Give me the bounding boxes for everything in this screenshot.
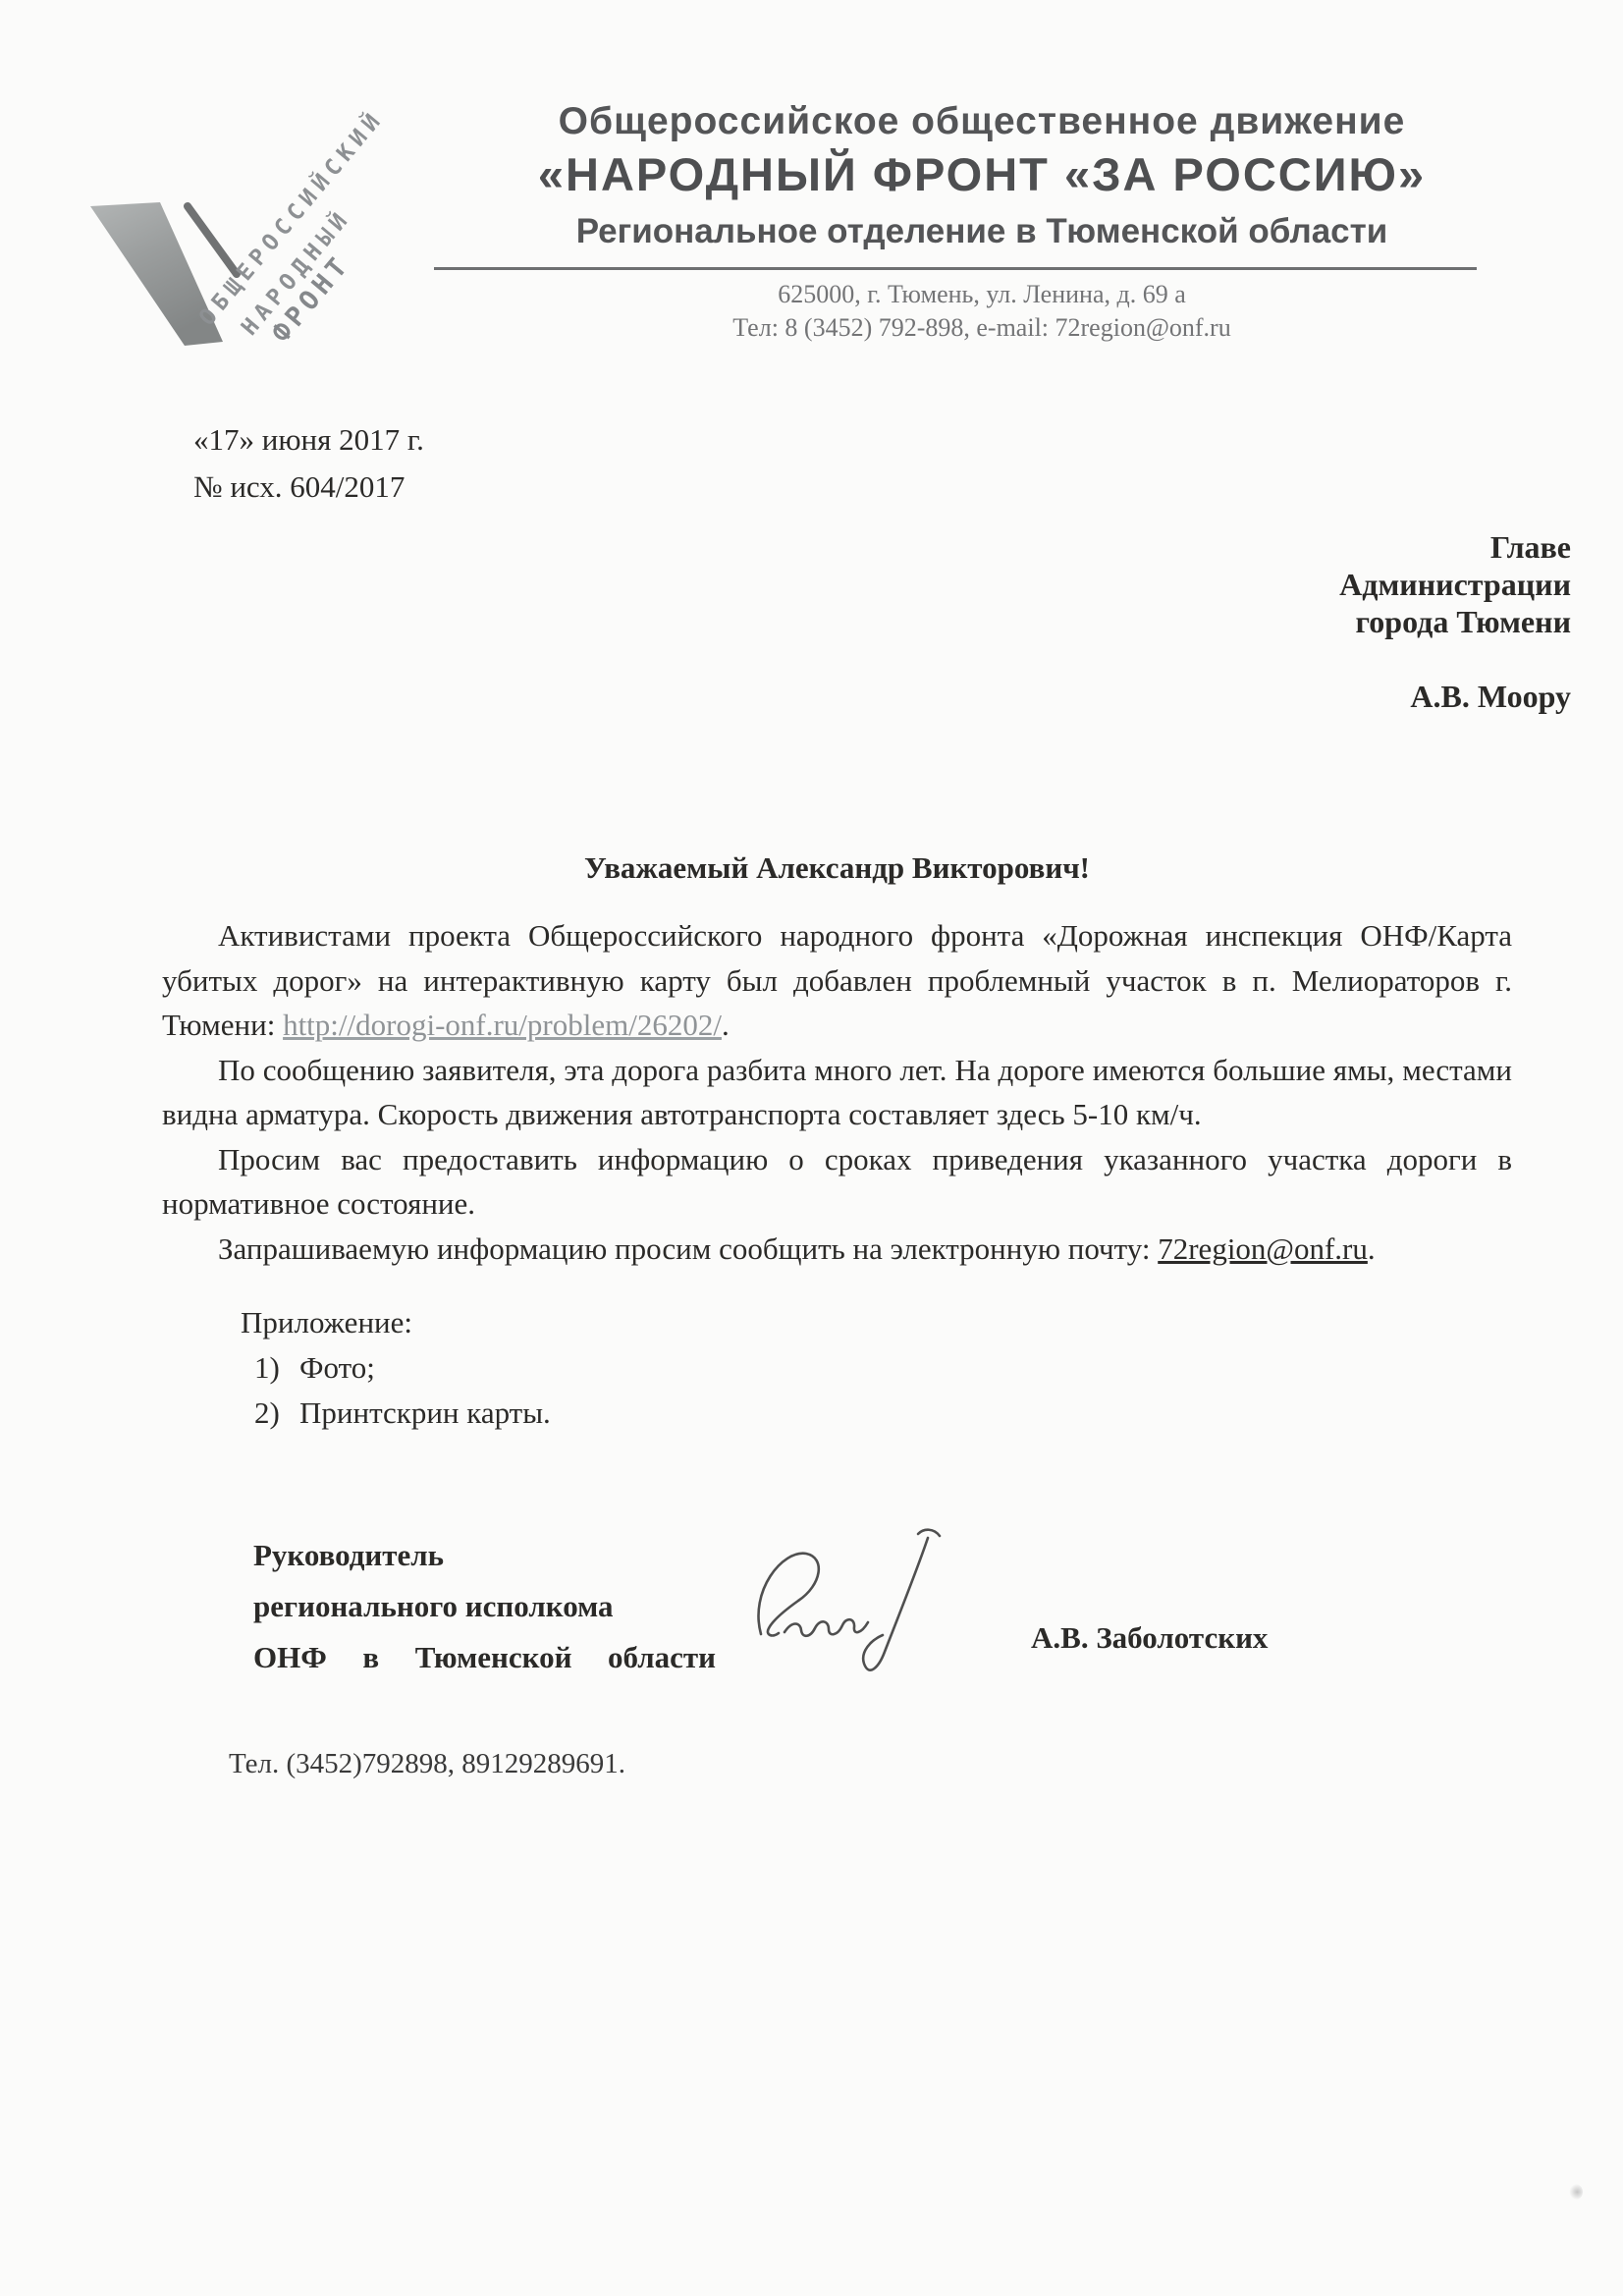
attachment-label: Принтскрин карты. [299, 1395, 551, 1430]
signer-position-line-2: регионального исполкома [253, 1581, 716, 1632]
organization-title: «НАРОДНЫЙ ФРОНТ «ЗА РОССИЮ» [412, 145, 1551, 204]
attachments-title: Приложение: [241, 1300, 551, 1345]
executor-phone: Тел. (3452)792898, 89129289691. [229, 1748, 625, 1780]
paragraph-4-text: Запрашиваемую информацию просим сообщить… [218, 1231, 1158, 1266]
attachment-item: 2)Принтскрин карты. [241, 1391, 551, 1436]
letterhead: Общероссийское общественное движение «НА… [412, 98, 1551, 257]
signer-position-line-1: Руководитель [253, 1530, 716, 1581]
paragraph-4: Запрашиваемую информацию просим сообщить… [162, 1227, 1512, 1272]
scanned-letter-page: ОБЩЕРОССИЙСКИЙ НАРОДНЫЙ ФРОНТ Общероссий… [0, 0, 1623, 2296]
email-link[interactable]: 72region@onf.ru [1158, 1231, 1368, 1266]
addressee-gap [1080, 640, 1571, 678]
paragraph-2: По сообщению заявителя, эта дорога разби… [162, 1048, 1512, 1137]
paragraph-1: Активистами проекта Общероссийского наро… [162, 913, 1512, 1048]
movement-title: Общероссийское общественное движение [412, 98, 1551, 145]
letterhead-divider [434, 267, 1477, 270]
paragraph-3: Просим вас предоставить информацию о сро… [162, 1137, 1512, 1227]
signer-position-block: Руководитель регионального исполкома ОНФ… [253, 1530, 716, 1683]
addressee-title-2: Администрации [1080, 566, 1571, 603]
signature-ink-icon [731, 1520, 997, 1697]
salutation: Уважаемый Александр Викторович! [162, 850, 1512, 886]
addressee-name: А.В. Моору [1080, 678, 1571, 715]
addressee-block: Главе Администрации города Тюмени А.В. М… [1080, 528, 1571, 715]
attachment-item: 1)Фото; [241, 1345, 551, 1391]
attachment-number: 2) [254, 1391, 299, 1436]
scan-artifact-smudge [1569, 2184, 1583, 2200]
addressee-title-3: города Тюмени [1080, 603, 1571, 640]
onf-flag-checkmark-icon [59, 79, 452, 388]
attachment-label: Фото; [299, 1350, 375, 1385]
letter-body: Активистами проекта Общероссийского наро… [162, 913, 1512, 1271]
attachments-block: Приложение: 1)Фото; 2)Принтскрин карты. [241, 1300, 551, 1436]
letter-date: «17» июня 2017 г. [193, 416, 424, 464]
addressee-title-1: Главе [1080, 528, 1571, 566]
signer-name: А.В. Заболотских [1031, 1620, 1268, 1656]
problem-url-link[interactable]: http://dorogi-onf.ru/problem/26202/ [283, 1008, 722, 1042]
letter-meta: «17» июня 2017 г. № исх. 604/2017 [193, 416, 424, 511]
onf-logo: ОБЩЕРОССИЙСКИЙ НАРОДНЫЙ ФРОНТ [59, 79, 452, 388]
postal-address: 625000, г. Тюмень, ул. Ленина, д. 69 а [412, 278, 1551, 311]
letterhead-contacts: 625000, г. Тюмень, ул. Ленина, д. 69 а Т… [412, 278, 1551, 345]
signer-position-line-3: ОНФ в Тюменской области [253, 1632, 716, 1683]
handwritten-signature [731, 1520, 997, 1702]
outgoing-number: № исх. 604/2017 [193, 464, 424, 511]
regional-office-title: Региональное отделение в Тюменской облас… [412, 206, 1551, 257]
phone-email-line: Тел: 8 (3452) 792-898, e-mail: 72region@… [412, 311, 1551, 345]
paragraph-4-period: . [1368, 1231, 1376, 1266]
attachment-number: 1) [254, 1345, 299, 1391]
paragraph-1-period: . [722, 1008, 730, 1042]
